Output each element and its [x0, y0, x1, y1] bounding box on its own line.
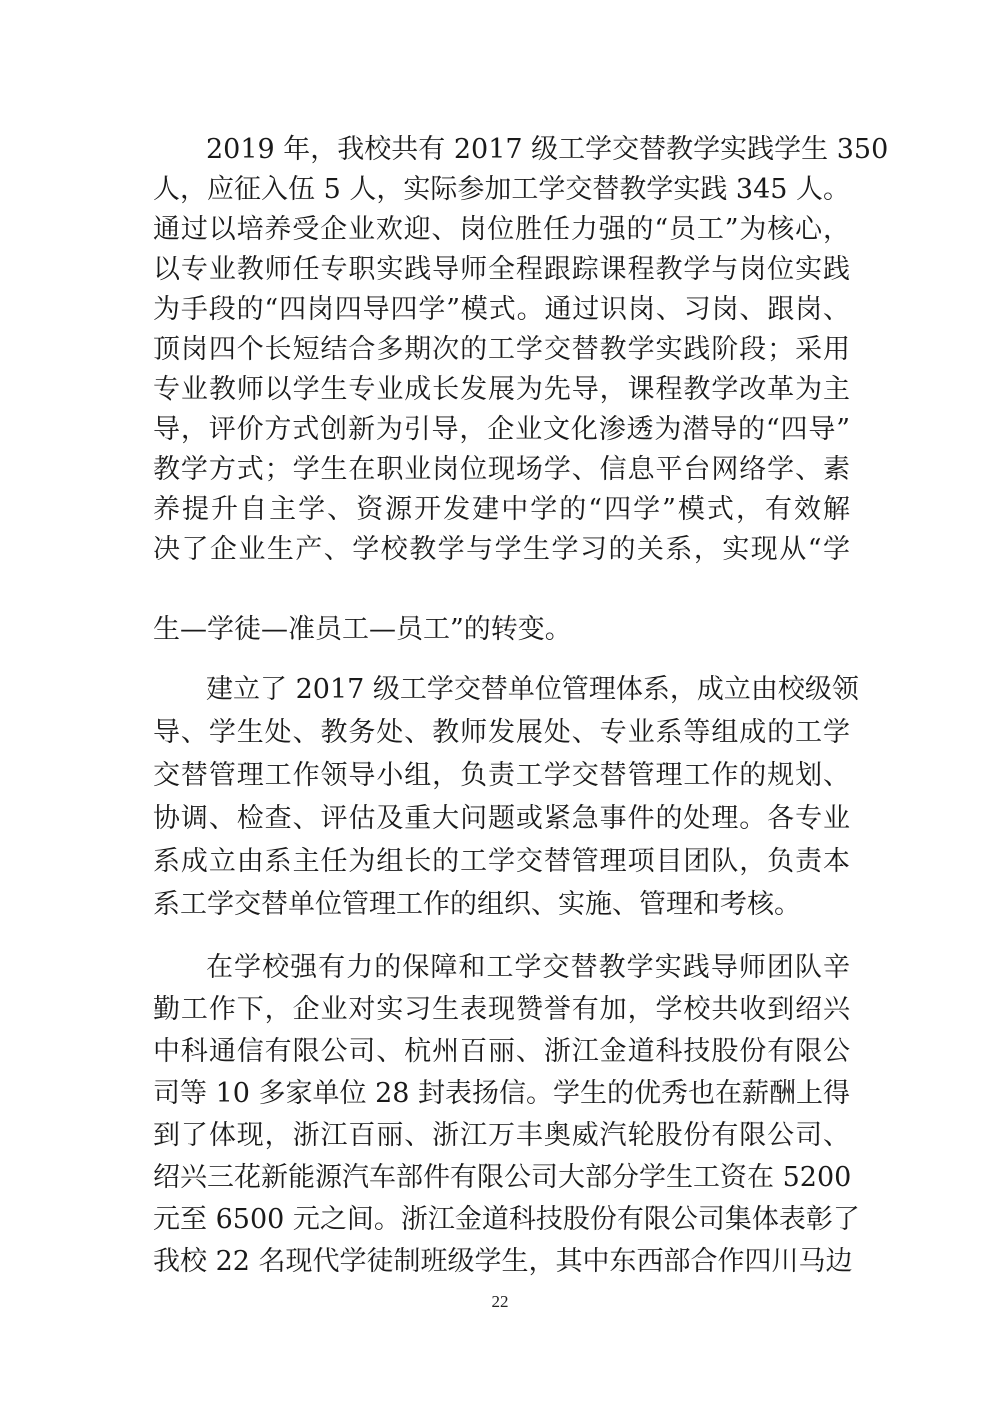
text-line: 2019 年，我校共有 2017 级工学交替教学实践学生 350: [206, 133, 850, 167]
text-line: 顶岗四个长短结合多期次的工学交替教学实践阶段；采用: [153, 333, 850, 367]
text-line: 中科通信有限公司、杭州百丽、浙江金道科技股份有限公: [153, 1035, 850, 1069]
text-line: 到了体现，浙江百丽、浙江万丰奥威汽轮股份有限公司、: [153, 1119, 850, 1153]
text-line: 绍兴三花新能源汽车部件有限公司大部分学生工资在 5200: [153, 1161, 850, 1195]
text-line: 人，应征入伍 5 人，实际参加工学交替教学实践 345 人。: [153, 173, 850, 207]
text-line: 在学校强有力的保障和工学交替教学实践导师团队辛: [206, 951, 850, 985]
text-line: 教学方式；学生在职业岗位现场学、信息平台网络学、素: [153, 453, 850, 487]
text-line: 交替管理工作领导小组，负责工学交替管理工作的规划、: [153, 759, 850, 793]
text-line: 协调、检查、评估及重大问题或紧急事件的处理。各专业: [153, 802, 850, 836]
text-line: 勤工作下，企业对实习生表现赞誉有加，学校共收到绍兴: [153, 993, 850, 1027]
text-line: 司等 10 多家单位 28 封表扬信。学生的优秀也在薪酬上得: [153, 1077, 850, 1111]
page-number: 22: [0, 1292, 1000, 1312]
text-line: 以专业教师任专职实践导师全程跟踪课程教学与岗位实践: [153, 253, 850, 287]
text-line: 导，评价方式创新为引导，企业文化渗透为潜导的“四导”: [153, 413, 850, 447]
text-line: 导、学生处、教务处、教师发展处、专业系等组成的工学: [153, 716, 850, 750]
text-line: 为手段的“四岗四导四学”模式。通过识岗、习岗、跟岗、: [153, 293, 850, 327]
text-line: 系工学交替单位管理工作的组织、实施、管理和考核。: [153, 888, 850, 922]
text-line: 通过以培养受企业欢迎、岗位胜任力强的“员工”为核心，: [153, 213, 850, 247]
text-line: 决了企业生产、学校教学与学生学习的关系，实现从“学: [153, 533, 850, 567]
text-line: 专业教师以学生专业成长发展为先导，课程教学改革为主: [153, 373, 850, 407]
text-line: 养提升自主学、资源开发建中学的“四学”模式，有效解: [153, 493, 850, 527]
document-page: 2019 年，我校共有 2017 级工学交替教学实践学生 350 人，应征入伍 …: [0, 0, 1000, 1414]
text-line: 生—学徒—准员工—员工”的转变。: [153, 613, 850, 647]
text-line: 元至 6500 元之间。浙江金道科技股份有限公司集体表彰了: [153, 1203, 850, 1237]
text-line: 建立了 2017 级工学交替单位管理体系，成立由校级领: [206, 673, 850, 707]
text-line: 我校 22 名现代学徒制班级学生，其中东西部合作四川马边: [153, 1245, 850, 1279]
text-line: 系成立由系主任为组长的工学交替管理项目团队，负责本: [153, 845, 850, 879]
